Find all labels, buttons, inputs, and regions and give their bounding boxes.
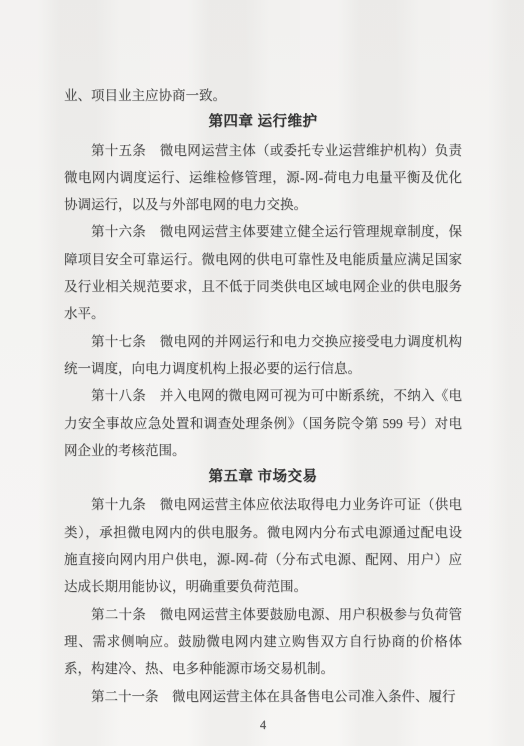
- article-17-paragraph: 第十七条 微电网的并网运行和电力交换应接受电力调度机构统一调度，向电力调度机构上…: [64, 328, 462, 383]
- article-20-paragraph: 第二十条 微电网运营主体要鼓励电源、用户积极参与负荷管理、需求侧响应。鼓励微电网…: [64, 601, 462, 683]
- chapter-5-heading: 第五章 市场交易: [64, 464, 462, 491]
- document-content: 业、项目业主应协商一致。 第四章 运行维护 第十五条 微电网运营主体（或委托专业…: [0, 0, 524, 738]
- page-number: 4: [64, 712, 462, 738]
- article-18-paragraph: 第十八条 并入电网的微电网可视为可中断系统，不纳入《电力安全事故应急处置和调查处…: [64, 382, 462, 464]
- article-21-paragraph: 第二十一条 微电网运营主体在具备售电公司准入条件、履行: [64, 683, 462, 710]
- article-15-paragraph: 第十五条 微电网运营主体（或委托专业运营维护机构）负责微电网内调度运行、运维检修…: [64, 137, 462, 219]
- paragraph-continuation: 业、项目业主应协商一致。: [64, 82, 462, 109]
- article-16-paragraph: 第十六条 微电网运营主体要建立健全运行管理规章制度，保障项目安全可靠运行。微电网…: [64, 218, 462, 327]
- document-page: 业、项目业主应协商一致。 第四章 运行维护 第十五条 微电网运营主体（或委托专业…: [0, 0, 524, 746]
- chapter-4-heading: 第四章 运行维护: [64, 109, 462, 136]
- article-19-paragraph: 第十九条 微电网运营主体应依法取得电力业务许可证（供电类），承担微电网内的供电服…: [64, 491, 462, 600]
